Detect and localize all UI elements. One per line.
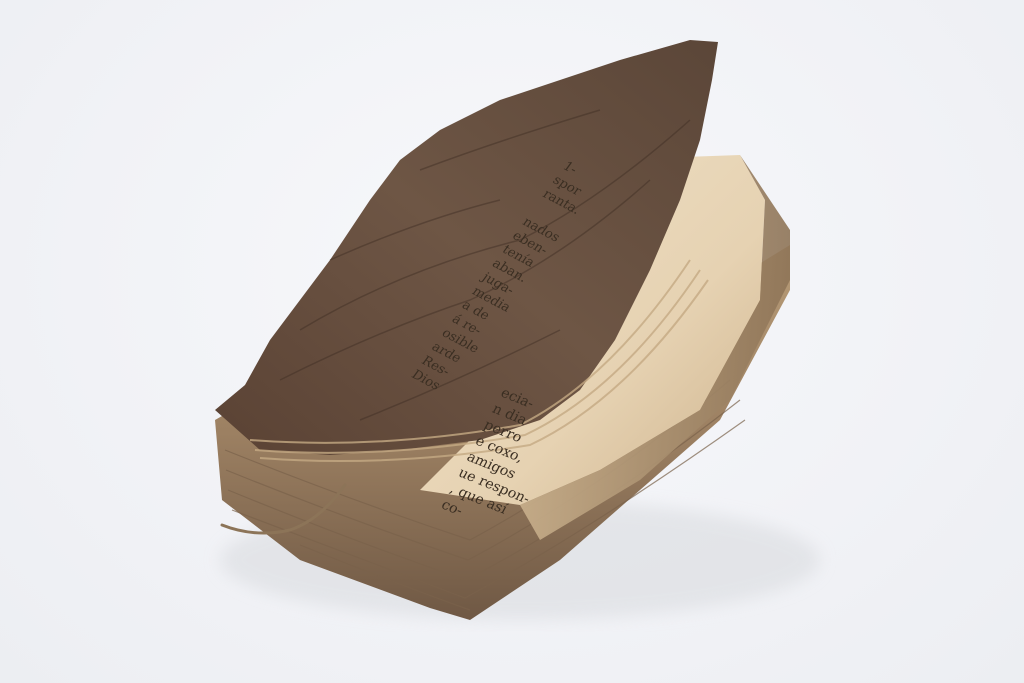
- old-book: [0, 0, 1024, 683]
- photo-scene: 1- spor ranta. nados eben- tenía aban. j…: [0, 0, 1024, 683]
